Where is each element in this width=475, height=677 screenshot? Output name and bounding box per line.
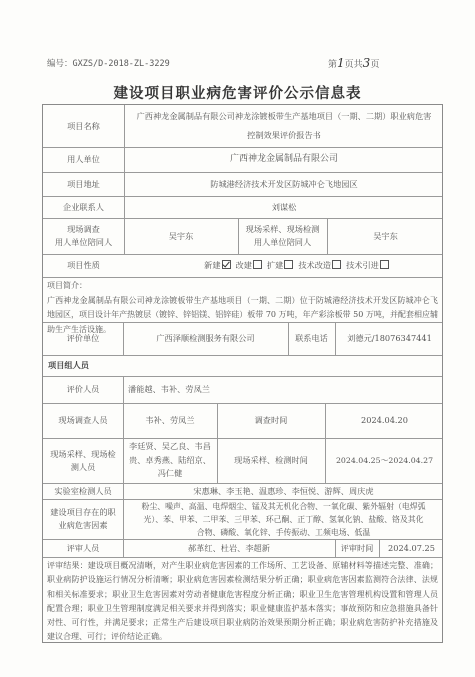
team-heading: 项目组人员 (43, 355, 444, 376)
page-middle: 页共 (345, 60, 363, 70)
sampling-escort-value: 吴宇东 (327, 218, 444, 254)
hazards-line2: 光）、苯、甲苯、二甲苯、三甲苯、环己酮、正丁醇、氢氧化钠、盐酸、铬及其化 (143, 513, 423, 526)
lab-staff-label: 实验室检测人员 (43, 483, 123, 499)
document-number-value: GXZS/D-2018-ZL-3229 (73, 59, 170, 69)
project-name-line2: 控制效果评价报告书 (247, 126, 321, 145)
reviewers-value: 郝革红、杜岩、李超新 (123, 539, 335, 557)
evaluator-label: 评价单位 (43, 322, 123, 355)
row-divider (43, 557, 442, 558)
sampling-staff-line2: 贵、卓秀燕、陆绍京、 (129, 454, 211, 468)
document-number: 编号：GXZS/D-2018-ZL-3229 (47, 57, 170, 69)
assessors-label: 评价人员 (43, 376, 123, 403)
sampling-time-value: 2024.04.25～2024.04.27 (325, 438, 444, 483)
sampling-time-label: 现场采样、检测时间 (217, 438, 325, 483)
hazards-value: 粉尘、噪声、高温、电焊烟尘、锰及其无机化合物、一氧化碳、紫外辐射（电焊弧 光）、… (123, 499, 444, 539)
hazards-line1: 粉尘、噪声、高温、电焊烟尘、锰及其无机化合物、一氧化碳、紫外辐射（电焊弧 (141, 500, 425, 513)
nature-option-tech-upgrade[interactable]: 技术改造 (298, 259, 346, 272)
survey-time-value: 2024.04.20 (325, 403, 444, 438)
phone-label: 联系电话 (288, 322, 335, 355)
survey-time-label: 调查时间 (217, 403, 325, 438)
contact-value: 刘谋松 (124, 196, 444, 218)
sampling-staff-line3: 冯仁健 (158, 467, 183, 481)
row-divider (43, 277, 442, 278)
project-name-label: 项目名称 (43, 105, 124, 147)
field-survey-label: 现场调查人员 (43, 403, 123, 438)
project-name-value: 广西神龙金属制品有限公司神龙涂镀板带生产基地项目（一期、二期）职业病危害 控制效… (124, 105, 444, 147)
address-label: 项目地址 (43, 172, 124, 196)
sampling-staff-line1: 李廷贤、吴乙良、韦昌 (129, 440, 211, 454)
evaluator-value: 广西泽顺检测服务有限公司 (123, 322, 288, 355)
sampling-escort-label: 现场采样、现场检测 用人单位陪同人 (238, 218, 327, 254)
page-indicator: 第1页共3页 (328, 56, 379, 70)
employer-value: 广西神龙金属制品有限公司 (124, 147, 444, 172)
hazards-label-line1: 建设项目存在的职 (50, 506, 116, 519)
survey-escort-label-line1: 现场调查 (67, 223, 100, 236)
nature-option-tech-import-label: 技术引进 (346, 260, 379, 270)
sampling-escort-label-line1: 现场采样、现场检测 (246, 223, 320, 236)
nature-option-rebuild-label: 改建 (236, 260, 252, 270)
checkbox-icon[interactable] (380, 260, 389, 269)
nature-option-rebuild[interactable]: 改建 (236, 259, 267, 272)
document-number-label: 编号： (47, 59, 73, 69)
page-prefix: 第 (328, 60, 337, 70)
review-result-label: 评审结果： (47, 561, 88, 570)
nature-option-expand[interactable]: 扩建 (267, 259, 298, 272)
checkbox-checked-icon[interactable] (222, 260, 231, 269)
project-name-line1: 广西神龙金属制品有限公司神龙涂镀板带生产基地项目（一期、二期）职业病危害 (137, 107, 432, 126)
page-title: 建设项目职业病危害评价公示信息表 (0, 82, 475, 103)
nature-option-tech-upgrade-label: 技术改造 (298, 260, 331, 270)
survey-escort-label-line2: 用人单位陪同人 (55, 236, 112, 249)
page-suffix: 页 (370, 60, 379, 70)
assessors-value: 潘能越、韦补、劳凤兰 (123, 376, 444, 403)
address-value: 防城港经济技术开发区防城冲仑飞地园区 (124, 172, 444, 196)
info-table: 项目名称 广西神龙金属制品有限公司神龙涂镀板带生产基地项目（一期、二期）职业病危… (42, 104, 443, 643)
project-nature-options: 新建 改建 扩建 技术改造 技术引进 (124, 254, 444, 277)
project-nature-label: 项目性质 (43, 254, 124, 277)
sampling-staff-value: 李廷贤、吴乙良、韦昌 贵、卓秀燕、陆绍京、 冯仁健 (123, 438, 217, 483)
survey-escort-value: 吴宇东 (124, 218, 238, 254)
review-time-label: 评审时间 (335, 539, 379, 557)
reviewers-label: 评审人员 (43, 539, 123, 557)
page-current: 1 (337, 56, 345, 70)
sampling-escort-label-line2: 用人单位陪同人 (254, 236, 311, 249)
review-result: 评审结果：建设项目概况清晰，对产生职业病危害因素的工作场所、工艺设备、原辅材料等… (47, 559, 438, 645)
hazards-line3: 合物、磷酸、氧化锌、手传振动、工频电场、低温 (197, 526, 371, 539)
field-survey-value: 韦补、劳凤兰 (123, 403, 217, 438)
employer-label: 用人单位 (43, 147, 124, 172)
project-summary-label: 项目简介： (47, 279, 438, 294)
review-result-text: 建设项目概况清晰，对产生职业病危害因素的工作场所、工艺设备、原辅材料等描述完整、… (47, 561, 438, 641)
hazards-label: 建设项目存在的职 业病危害因素 (43, 499, 123, 539)
sampling-staff-label-line2: 测人员 (71, 461, 96, 474)
checkbox-icon[interactable] (253, 260, 262, 269)
contact-label: 企业联系人 (43, 196, 124, 218)
lab-staff-value: 宋惠琳、李玉艳、温惠珍、李恒悦、游辉、周庆虎 (123, 483, 444, 499)
review-time-value: 2024.07.25 (379, 539, 444, 557)
nature-option-new-label: 新建 (204, 260, 220, 270)
checkbox-icon[interactable] (284, 260, 293, 269)
nature-option-tech-import[interactable]: 技术引进 (346, 259, 394, 272)
sampling-staff-label-line1: 现场采样、现场检 (50, 448, 116, 461)
sampling-staff-label: 现场采样、现场检 测人员 (43, 438, 123, 483)
checkbox-icon[interactable] (332, 260, 341, 269)
survey-escort-label: 现场调查 用人单位陪同人 (43, 218, 124, 254)
nature-option-new[interactable]: 新建 (204, 259, 235, 272)
phone-value: 刘德元/18076347441 (335, 322, 444, 355)
nature-option-expand-label: 扩建 (267, 260, 283, 270)
hazards-label-line2: 业病危害因素 (58, 519, 107, 532)
